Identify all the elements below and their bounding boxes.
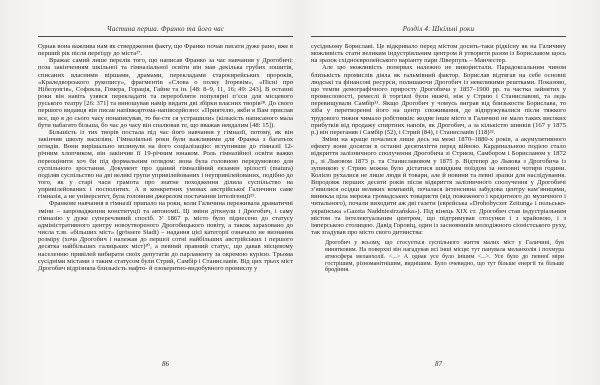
- running-head-right: Розділ 4. Шкільні роки: [311, 25, 566, 37]
- paragraph: Зміни на краще почалися лише десь на меж…: [311, 136, 566, 236]
- paragraph: Вражає самий лише перелік того, що напис…: [38, 57, 293, 129]
- paragraph: Але цю можливість попервах належно не ви…: [311, 64, 566, 136]
- right-page-body: сусідньому Бориславі. Це відкривало пере…: [311, 43, 566, 236]
- paragraph: Більшість із тих творів постала під час …: [38, 129, 293, 201]
- right-page: Розділ 4. Шкільні роки сусідньому Борисл…: [311, 25, 566, 385]
- paragraph: сусідньому Бориславі. Це відкривало пере…: [311, 43, 566, 64]
- left-page: Частина перша. Франко та його час Однак …: [38, 25, 293, 385]
- left-page-body: Однак вона важлива нам як ствердження фа…: [38, 43, 293, 272]
- paragraph: Франкове навчання в гімназії припало на …: [38, 200, 293, 272]
- book-spread: Частина перша. Франко та його час Однак …: [0, 0, 600, 385]
- paragraph: Однак вона важлива нам як ствердження фа…: [38, 43, 293, 57]
- running-head-left: Частина перша. Франко та його час: [38, 25, 293, 37]
- page-number-left: 86: [38, 360, 293, 368]
- page-number-right: 87: [311, 360, 566, 368]
- block-quote: Дрогобич у всьому, що стосується суспіль…: [325, 240, 564, 274]
